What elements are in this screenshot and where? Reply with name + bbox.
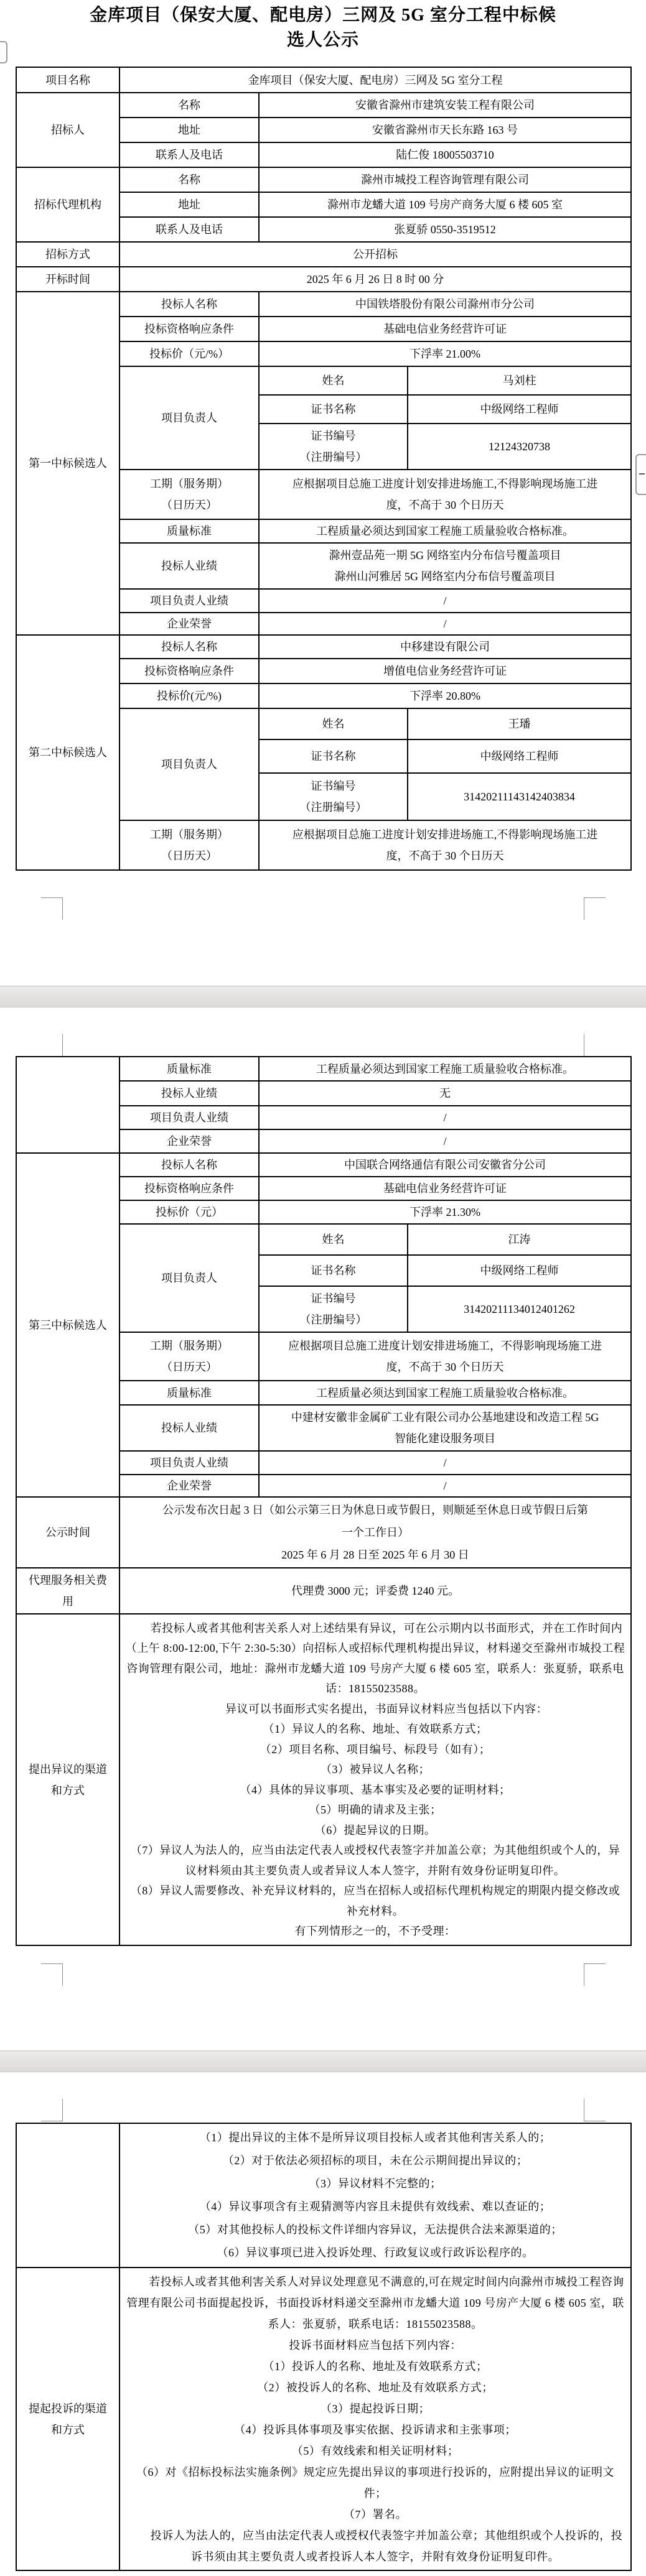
honor-label: 企业荣誉 — [119, 1475, 259, 1497]
candidate1-qualification: 基础电信业务经营许可证 — [259, 317, 631, 341]
name-label: 名称 — [119, 93, 259, 118]
qualification-label: 投标资格响应条件 — [119, 659, 259, 683]
candidate3-duration: 应根据项目总施工进度计划安排进场施工，不得影响现场施工进 度，不高于 30 个日… — [259, 1332, 631, 1381]
publicity-value: 公示发布次日起 3 日（如公示第三日为休息日或节假日，则顺延至休息日或节假日后第… — [119, 1497, 631, 1568]
objection-label: 提出异议的渠道 和方式 — [16, 1614, 119, 1945]
bidder-name-label: 投标人名称 — [119, 1153, 259, 1177]
pm-perf-label: 项目负责人业绩 — [119, 1106, 259, 1129]
tenderer-label: 招标人 — [16, 93, 119, 167]
pm-name-label: 姓名 — [259, 708, 408, 739]
table-row: 第三中标候选人 投标人名称 中国联合网络通信有限公司安徽省分公司 — [16, 1153, 631, 1177]
agency-label: 招标代理机构 — [16, 167, 119, 242]
candidate3-pm-perf: / — [259, 1451, 631, 1475]
open-time-label: 开标时间 — [16, 267, 119, 292]
candidate2-cert-name: 中级网络工程师 — [408, 739, 631, 773]
price-label: 投标价（元/%） — [119, 341, 259, 366]
agency-address: 滁州市龙蟠大道 109 号房产商务大厦 6 楼 605 室 — [259, 192, 631, 217]
bid-info-table-page2: 质量标准 工程质量必须达到国家工程施工质量验收合格标准。 投标人业绩 无 项目负… — [16, 1056, 632, 1946]
candidate1-cert-name: 中级网络工程师 — [408, 395, 631, 424]
table-row: 招标代理机构 名称 滁州市城投工程咨询管理有限公司 — [16, 167, 631, 192]
candidate2-section-continued — [16, 1057, 119, 1153]
agency-name: 滁州市城投工程咨询管理有限公司 — [259, 167, 631, 192]
open-time-value: 2025 年 6 月 26 日 8 时 00 分 — [119, 267, 631, 292]
tenderer-name: 安徽省滁州市建筑安装工程有限公司 — [259, 93, 631, 118]
page-title: 金库项目（保安大厦、配电房）三网及 5G 室分工程中标候 选人公示 — [0, 3, 646, 53]
cert-name-label: 证书名称 — [259, 395, 408, 424]
candidate3-cert-name: 中级网络工程师 — [408, 1255, 631, 1286]
tenderer-address: 安徽省滁州市天长东路 163 号 — [259, 118, 631, 142]
candidate2-honor: / — [259, 1129, 631, 1153]
cert-name-label: 证书名称 — [259, 739, 408, 773]
minus-icon — [639, 473, 645, 475]
page2-bottom-right-mark — [584, 1963, 606, 1986]
page2-top-left-mark — [41, 1034, 63, 1057]
page2-top-right-mark — [584, 1034, 606, 1057]
table-row: 项目名称 金库项目（保安大厦、配电房）三网及 5G 室分工程 — [16, 67, 631, 93]
cert-no-label: 证书编号 （注册编号） — [259, 1286, 408, 1332]
duration-label: 工期（服务期） （日历天） — [119, 1332, 259, 1381]
table-row: 公示时间 公示发布次日起 3 日（如公示第三日为休息日或节假日，则顺延至休息日或… — [16, 1497, 631, 1568]
bidder-perf-label: 投标人业绩 — [119, 1405, 259, 1451]
bidder-name-label: 投标人名称 — [119, 292, 259, 317]
objection-content: 若投标人或者其他利害关系人对上述结果有异议，可在公示期内以书面形式，并在工作时间… — [119, 1614, 631, 1945]
qualification-label: 投标资格响应条件 — [119, 1177, 259, 1200]
candidate2-perf: 无 — [259, 1081, 631, 1106]
name-label: 名称 — [119, 167, 259, 192]
bidder-perf-label: 投标人业绩 — [119, 543, 259, 589]
candidate3-section-label: 第三中标候选人 — [16, 1153, 119, 1497]
pm-perf-label: 项目负责人业绩 — [119, 1451, 259, 1475]
project-name-value: 金库项目（保安大厦、配电房）三网及 5G 室分工程 — [119, 67, 631, 93]
page-title-line2: 选人公示 — [0, 28, 646, 53]
table-row: 第二中标候选人 投标人名称 中移建设有限公司 — [16, 635, 631, 659]
candidate1-duration: 应根据项目总施工进度计划安排进场施工,不得影响现场施工进 度，不高于 30 个日… — [259, 470, 631, 519]
candidate1-honor: / — [259, 613, 631, 635]
table-row: 提起投诉的渠道 和方式 若投标人或者其他利害关系人对异议处理意见不满意的,可在规… — [16, 2268, 631, 2570]
candidate2-bidder-name: 中移建设有限公司 — [259, 635, 631, 659]
quality-label: 质量标准 — [119, 1057, 259, 1081]
page3-top-right-mark — [584, 2099, 606, 2121]
contact-label: 联系人及电话 — [119, 217, 259, 242]
candidate3-qualification: 基础电信业务经营许可证 — [259, 1177, 631, 1200]
candidate2-cert-no: 31420211143142403834 — [408, 773, 631, 820]
candidate2-pm-perf: / — [259, 1106, 631, 1129]
bid-info-table: 项目名称 金库项目（保安大厦、配电房）三网及 5G 室分工程 招标人 名称 安徽… — [16, 67, 632, 871]
candidate1-perf: 滁州壹品苑一期 5G 网络室内分布信号覆盖项目 滁州山河雅居 5G 网络室内分布… — [259, 543, 631, 589]
page-break-band — [0, 986, 646, 1008]
candidate1-section-label: 第一中标候选人 — [16, 292, 119, 635]
duration-label: 工期（服务期） （日历天） — [119, 470, 259, 519]
candidate1-bidder-name: 中国铁塔股份有限公司滁州市分公司 — [259, 292, 631, 317]
candidate1-cert-no: 12124320738 — [408, 424, 631, 470]
candidate2-pm-name: 王璠 — [408, 708, 631, 739]
project-name-label: 项目名称 — [16, 67, 119, 93]
table-row: 提出异议的渠道 和方式 若投标人或者其他利害关系人对上述结果有异议，可在公示期内… — [16, 1614, 631, 1945]
candidate1-pm-name: 马刘柱 — [408, 366, 631, 395]
agency-contact: 张夏骄 0550-3519512 — [259, 217, 631, 242]
pm-label: 项目负责人 — [119, 366, 259, 470]
right-edge-widget[interactable] — [635, 454, 646, 495]
candidate2-section-label: 第二中标候选人 — [16, 635, 119, 870]
candidate3-price: 下浮率 21.30% — [259, 1200, 631, 1224]
cert-name-label: 证书名称 — [259, 1255, 408, 1286]
page1-bottom-right-mark — [584, 897, 606, 920]
candidate2-price: 下浮率 20.80% — [259, 683, 631, 708]
candidate3-perf: 中建材安徽非金属矿工业有限公司办公基地建设和改造工程 5G 智能化建设服务项目 — [259, 1405, 631, 1451]
rejection-cases-content: （1）提出异议的主体不是所异议项目投标人或者其他利害关系人的； （2）对于依法必… — [119, 2123, 631, 2268]
pm-name-label: 姓名 — [259, 366, 408, 395]
candidate2-duration: 应根据项目总施工进度计划安排进场施工,不得影响现场施工进 度，不高于 30 个日… — [259, 820, 631, 870]
candidate1-price: 下浮率 21.00% — [259, 341, 631, 366]
publicity-label: 公示时间 — [16, 1497, 119, 1568]
document-canvas: 金库项目（保安大厦、配电房）三网及 5G 室分工程中标候 选人公示 项目名称 金… — [0, 0, 646, 2576]
table-row: 质量标准 工程质量必须达到国家工程施工质量验收合格标准。 — [16, 1057, 631, 1081]
honor-label: 企业荣誉 — [119, 1129, 259, 1153]
page2-bottom-left-mark — [41, 1963, 63, 1986]
pm-name-label: 姓名 — [259, 1224, 408, 1255]
candidate2-qualification: 增值电信业务经营许可证 — [259, 659, 631, 683]
bidder-name-label: 投标人名称 — [119, 635, 259, 659]
complaint-label: 提起投诉的渠道 和方式 — [16, 2268, 119, 2570]
candidate1-quality: 工程质量必须达到国家工程施工质量验收合格标准。 — [259, 519, 631, 543]
quality-label: 质量标准 — [119, 1381, 259, 1405]
page-break-band — [0, 2050, 646, 2072]
bid-info-table-page3: （1）提出异议的主体不是所异议项目投标人或者其他利害关系人的； （2）对于依法必… — [16, 2123, 632, 2571]
objection-label-continued — [16, 2123, 119, 2268]
method-value: 公开招标 — [119, 242, 631, 267]
address-label: 地址 — [119, 118, 259, 142]
candidate3-pm-name: 江涛 — [408, 1224, 631, 1255]
left-edge-widget[interactable] — [0, 41, 7, 63]
candidate1-pm-perf: / — [259, 589, 631, 613]
table-row: 开标时间 2025 年 6 月 26 日 8 时 00 分 — [16, 267, 631, 292]
address-label: 地址 — [119, 192, 259, 217]
duration-label: 工期（服务期） （日历天） — [119, 820, 259, 870]
pm-label: 项目负责人 — [119, 1224, 259, 1332]
agency-fee-label: 代理服务相关费 用 — [16, 1568, 119, 1614]
pm-perf-label: 项目负责人业绩 — [119, 589, 259, 613]
table-row: 招标人 名称 安徽省滁州市建筑安装工程有限公司 — [16, 93, 631, 118]
table-row: （1）提出异议的主体不是所异议项目投标人或者其他利害关系人的； （2）对于依法必… — [16, 2123, 631, 2268]
pm-label: 项目负责人 — [119, 708, 259, 820]
table-row: 代理服务相关费 用 代理费 3000 元；评委费 1240 元。 — [16, 1568, 631, 1614]
candidate3-cert-no: 31420211134012401262 — [408, 1286, 631, 1332]
method-label: 招标方式 — [16, 242, 119, 267]
cert-no-label: 证书编号 （注册编号） — [259, 424, 408, 470]
complaint-content: 若投标人或者其他利害关系人对异议处理意见不满意的,可在规定时间内向滁州市城投工程… — [119, 2268, 631, 2570]
bidder-perf-label: 投标人业绩 — [119, 1081, 259, 1106]
cert-no-label: 证书编号 （注册编号） — [259, 773, 408, 820]
contact-label: 联系人及电话 — [119, 142, 259, 167]
honor-label: 企业荣誉 — [119, 613, 259, 635]
page-title-line1: 金库项目（保安大厦、配电房）三网及 5G 室分工程中标候 — [0, 3, 646, 28]
price-label: 投标价（元） — [119, 1200, 259, 1224]
agency-fee-value: 代理费 3000 元；评委费 1240 元。 — [119, 1568, 631, 1614]
candidate3-quality: 工程质量必须达到国家工程施工质量验收合格标准。 — [259, 1381, 631, 1405]
candidate3-bidder-name: 中国联合网络通信有限公司安徽省分公司 — [259, 1153, 631, 1177]
table-row: 第一中标候选人 投标人名称 中国铁塔股份有限公司滁州市分公司 — [16, 292, 631, 317]
page3-top-left-mark — [41, 2099, 63, 2121]
page1-bottom-left-mark — [41, 897, 63, 920]
price-label: 投标价(元/%) — [119, 683, 259, 708]
candidate3-honor: / — [259, 1475, 631, 1497]
tenderer-contact: 陆仁俊 18005503710 — [259, 142, 631, 167]
table-row: 招标方式 公开招标 — [16, 242, 631, 267]
qualification-label: 投标资格响应条件 — [119, 317, 259, 341]
candidate2-quality: 工程质量必须达到国家工程施工质量验收合格标准。 — [259, 1057, 631, 1081]
quality-label: 质量标准 — [119, 519, 259, 543]
